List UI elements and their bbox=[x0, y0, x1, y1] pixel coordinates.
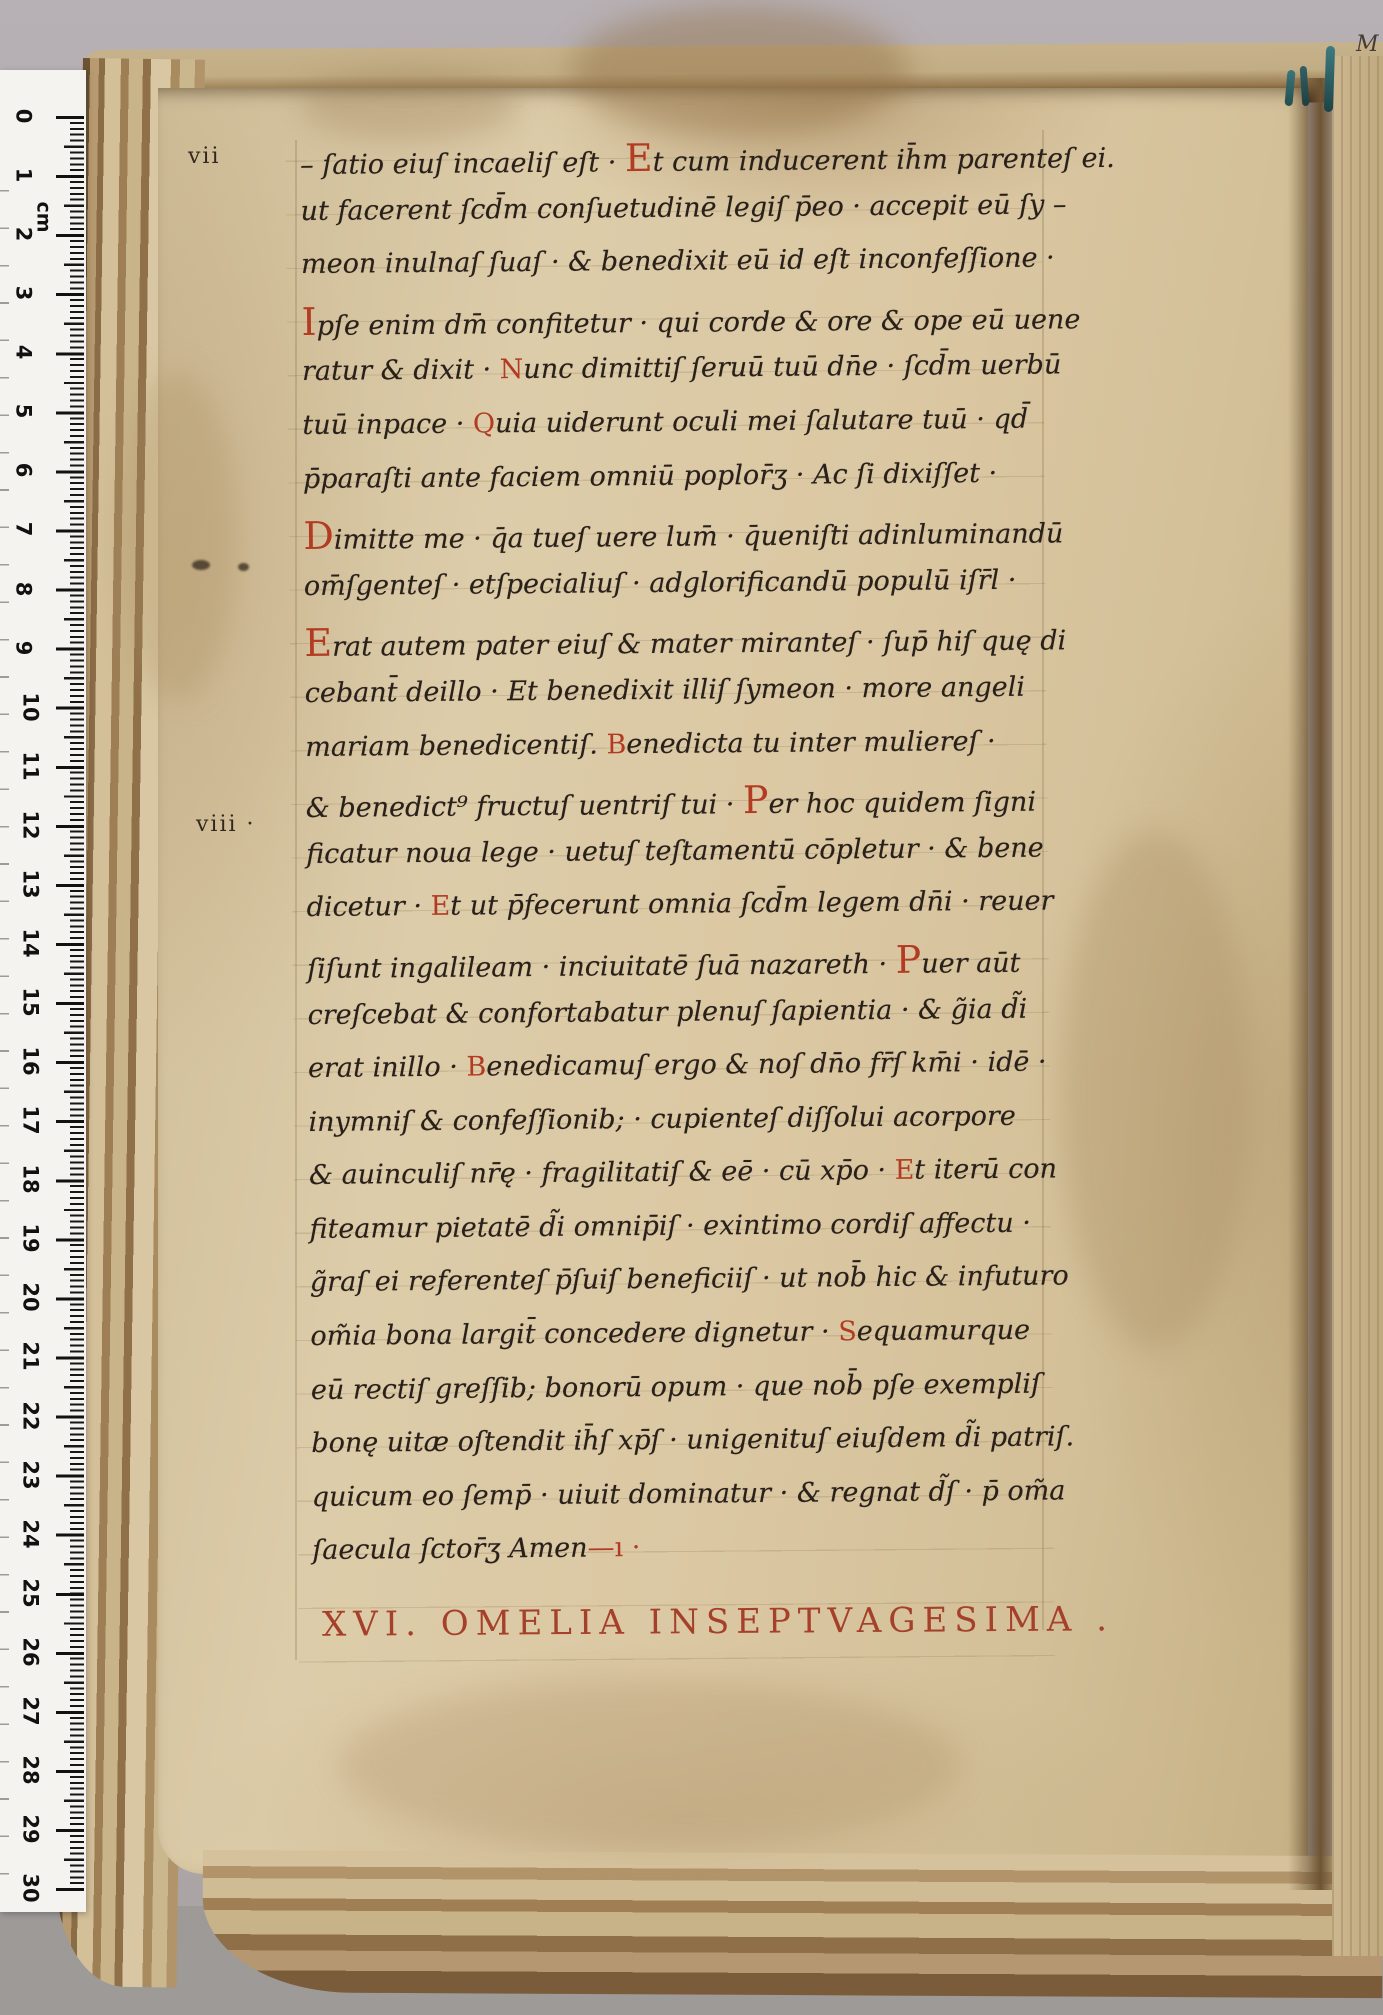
rubricated-initial: Q bbox=[473, 408, 495, 439]
ruler-label: 20 bbox=[19, 1283, 43, 1312]
text-segment: ſaecula ſctor̄ʒ Amen bbox=[312, 1533, 588, 1566]
ruler-unit-label: cm bbox=[33, 201, 55, 232]
ruler-label: 7 bbox=[11, 522, 35, 537]
text-segment: erat inillo · bbox=[308, 1052, 467, 1084]
ruler-label: 23 bbox=[19, 1460, 43, 1489]
rubricated-initial: B bbox=[466, 1052, 486, 1083]
text-segment: quicum eo ſemp̄ · uiuit dominatur · & re… bbox=[312, 1475, 1066, 1513]
rubricated-initial: P bbox=[743, 778, 769, 822]
text-segment: tuū inpace · bbox=[302, 408, 473, 440]
rubricated-initial: E bbox=[625, 136, 653, 180]
text-segment: rat autem pater eiuſ & mater miranteſ · … bbox=[332, 626, 1066, 663]
parchment-stain bbox=[340, 1680, 960, 1850]
text-segment: eū rectiſ greſſib; bonorū opum · que n… bbox=[311, 1368, 1041, 1405]
ink-smudge bbox=[192, 560, 210, 570]
text-segment: ficatur noua lege · uetuſ teſtamentū co… bbox=[306, 832, 1044, 869]
ruler-label: 14 bbox=[19, 928, 43, 957]
ruler-label: 2 bbox=[11, 227, 35, 242]
manuscript-text-line: quicum eo ſemp̄ · uiuit dominatur · & re… bbox=[312, 1475, 1074, 1535]
text-segment: enedicta tu inter muliereſ · bbox=[626, 725, 996, 759]
ruler-label: 30 bbox=[19, 1873, 43, 1902]
text-segment: dicetur · bbox=[307, 891, 431, 923]
manuscript-text-line: ut facerent ſcd̄m conſuetudinē legiſ p̄… bbox=[300, 189, 1062, 249]
manuscript-text-line: inymniſ & confeſſionib; · cupienteſ diſſ… bbox=[308, 1100, 1070, 1160]
text-segment: enedicamuſ ergo & noſ dn̄o fr̄ſ km̄i · i… bbox=[486, 1047, 1047, 1083]
manuscript-text-line: g̃raſ ei referenteſ p̄ſuiſ beneficiiſ · … bbox=[310, 1261, 1072, 1321]
ruling-vertical-left bbox=[295, 140, 297, 1660]
text-segment: creſcebat & confortabatur plenuſ ſapient… bbox=[307, 993, 1027, 1030]
manuscript-text-line: – ſatio eiuſ incaeliſ eſt · Et cum induc… bbox=[300, 135, 1062, 195]
manuscript-text-line: tuū inpace · Quia uiderunt oculi mei ſa… bbox=[302, 403, 1064, 463]
rubricated-initial: I bbox=[301, 300, 316, 344]
manuscript-text-line: p̄paraſti ante faciem omniū poplor̄ʒ · … bbox=[303, 457, 1065, 517]
page-bottom-edges bbox=[202, 1850, 1383, 1998]
ruler-label: 16 bbox=[19, 1046, 43, 1075]
ruler-label: 21 bbox=[19, 1342, 43, 1371]
ruler-label: 1 bbox=[11, 168, 35, 183]
ruler-label: 17 bbox=[19, 1106, 43, 1135]
manuscript-text-line: ratur & dixit · Nunc dimittiſ ſeruū tuu… bbox=[302, 350, 1064, 410]
text-segment: er hoc quidem ſigni bbox=[768, 787, 1036, 820]
text-segment: imitte me · q̄a tueſ uere lum̄ · q̄ueniſ… bbox=[334, 519, 1064, 556]
manuscript-text-line: mariam benedicentiſ. Benedicta tu inter … bbox=[305, 725, 1067, 785]
ruler-side-ticks bbox=[0, 190, 9, 1890]
manuscript-text-line: & benedict⁹ fructuſ uentriſ tui · Per ho… bbox=[306, 778, 1068, 838]
text-segment: uia uiderunt oculi mei ſalutare tuū · q… bbox=[495, 404, 1028, 440]
ink-smudge bbox=[238, 563, 249, 571]
manuscript-text-line: erat inillo · Benedicamuſ ergo & noſ dn̄… bbox=[308, 1046, 1070, 1106]
text-segment: pſe enim dm̄ confitetur · qui corde & or… bbox=[316, 304, 1080, 342]
manuscript-text-line: Erat autem pater eiuſ & mater miranteſ ·… bbox=[304, 618, 1066, 678]
ruler-label: 0 bbox=[11, 109, 35, 124]
text-segment: t ut p̄fecerunt omnia ſcd̄m legem dn̄i ·… bbox=[450, 886, 1053, 922]
quire-number-vii: vii bbox=[188, 144, 221, 169]
quire-number-viii: viii · bbox=[196, 812, 256, 837]
ruler-label: 28 bbox=[19, 1755, 43, 1784]
manuscript-text-line: & auinculiſ nr̄ę · fragilitatiſ & eē · … bbox=[309, 1154, 1071, 1214]
ruler-label: 25 bbox=[19, 1578, 43, 1607]
ruler-label: 13 bbox=[19, 869, 43, 898]
text-segment: p̄paraſti ante faciem omniū poplor̄ʒ · … bbox=[303, 457, 998, 494]
rubricated-initial: N bbox=[500, 354, 524, 385]
rubricated-initial: P bbox=[895, 938, 921, 982]
ruler-cm-ticks bbox=[56, 116, 84, 1892]
text-segment: meon inulnaſ ſuaſ · & benedixit eū id e… bbox=[301, 243, 1055, 281]
manuscript-text-line: cebant̄ deillo · Et benedixit illiſ ſyme… bbox=[305, 671, 1067, 731]
text-segment: ratur & dixit · bbox=[302, 355, 500, 388]
ruler-label: 9 bbox=[11, 640, 35, 655]
text-segment: om̃ia bona largit̄ concedere dignetur · bbox=[310, 1316, 838, 1352]
ruler-label: 19 bbox=[19, 1224, 43, 1253]
rubricated-initial: B bbox=[606, 729, 626, 760]
measurement-ruler: cm 0123456789101112131415161718192021222… bbox=[0, 70, 86, 1912]
manuscript-text-line: fiteamur pietatē d̃i omnip̄iſ · exintim… bbox=[309, 1207, 1071, 1267]
manuscript-text-line: Dimitte me · q̄a tueſ uere lum̄ · q̄ueni… bbox=[303, 510, 1065, 570]
ruler-label: 29 bbox=[19, 1814, 43, 1843]
gutter-fold-shadow bbox=[1288, 78, 1336, 1890]
text-segment: ut facerent ſcd̄m conſuetudinē legiſ p̄… bbox=[300, 189, 1066, 227]
manuscript-text-line: eū rectiſ greſſib; bonorū opum · que n… bbox=[311, 1368, 1073, 1428]
rubricated-initial: D bbox=[303, 514, 334, 558]
text-segment: fiteamur pietatē d̃i omnip̄iſ · exintim… bbox=[309, 1208, 1031, 1245]
ruler-label: 6 bbox=[11, 463, 35, 478]
text-segment: ſiſunt ingalileam · inciuitatē ſuā naz… bbox=[307, 949, 896, 985]
rubricated-initial: E bbox=[895, 1155, 915, 1186]
manuscript-text-line: om̄ſgenteſ · etſpecialiuſ · adglorifican… bbox=[304, 564, 1066, 624]
ruler-label: 3 bbox=[11, 286, 35, 301]
manuscript-text-line: Ipſe enim dm̄ confitetur · qui corde & o… bbox=[301, 296, 1063, 356]
manuscript-text-line: ficatur noua lege · uetuſ teſtamentū co… bbox=[306, 832, 1068, 892]
ruler-label: 15 bbox=[19, 987, 43, 1016]
text-segment: uer aūt bbox=[921, 948, 1020, 980]
corner-annotation: M bbox=[1356, 32, 1379, 57]
text-segment: & benedict⁹ fructuſ uentriſ tui · bbox=[306, 789, 743, 824]
text-segment: bonę uitæ oſtendit ih̄ſ xp̄ſ · unigenitu… bbox=[311, 1422, 1074, 1460]
ruler-label: 4 bbox=[11, 345, 35, 360]
text-segment: unc dimittiſ ſeruū tuū dn̄e · ſcd̄m ue… bbox=[523, 350, 1061, 386]
ruler-label: 18 bbox=[19, 1165, 43, 1194]
text-segment: equamurque bbox=[857, 1315, 1031, 1348]
text-segment: g̃raſ ei referenteſ p̄ſuiſ beneficiiſ · … bbox=[310, 1261, 1069, 1299]
text-segment: t iterū con bbox=[914, 1154, 1057, 1186]
ruler-label: 8 bbox=[11, 581, 35, 596]
manuscript-text-line: om̃ia bona largit̄ concedere dignetur · … bbox=[310, 1314, 1072, 1374]
text-segment: om̄ſgenteſ · etſpecialiuſ · adglorifican… bbox=[304, 565, 1017, 602]
rubricated-initial: E bbox=[430, 891, 450, 922]
text-segment: – ſatio eiuſ incaeliſ eſt · bbox=[300, 147, 625, 181]
ruler-label: 11 bbox=[19, 751, 43, 780]
text-segment: t cum inducerent ih̄m parenteſ ei. bbox=[653, 143, 1115, 178]
ruler-label: 10 bbox=[19, 692, 43, 721]
ruler-label: 12 bbox=[19, 810, 43, 839]
parchment-stain bbox=[118, 370, 238, 700]
text-segment: cebant̄ deillo · Et benedixit illiſ ſyme… bbox=[305, 672, 1025, 709]
manuscript-text-line: ſaecula ſctor̄ʒ Amen—ı · bbox=[312, 1529, 1074, 1589]
ruler-label: 24 bbox=[19, 1519, 43, 1548]
fore-edge-pages bbox=[1332, 56, 1383, 1956]
manuscript-text-block: – ſatio eiuſ incaeliſ eſt · Et cum induc… bbox=[300, 135, 1075, 1589]
ruler-label: 27 bbox=[19, 1696, 43, 1725]
rubricated-initial: S bbox=[838, 1316, 857, 1347]
manuscript-text-line: ſiſunt ingalileam · inciuitatē ſuā naz… bbox=[307, 939, 1069, 999]
text-segment: mariam benedicentiſ. bbox=[305, 729, 606, 763]
manuscript-text-line: dicetur · Et ut p̄fecerunt omnia ſcd̄m l… bbox=[307, 886, 1069, 946]
ruler-label: 22 bbox=[19, 1401, 43, 1430]
rubricated-initial: E bbox=[304, 621, 332, 665]
text-segment: & auinculiſ nr̄ę · fragilitatiſ & eē · … bbox=[309, 1155, 895, 1191]
ruler-label: 5 bbox=[11, 404, 35, 419]
manuscript-text-line: creſcebat & confortabatur plenuſ ſapient… bbox=[307, 993, 1069, 1053]
ruler-label: 26 bbox=[19, 1637, 43, 1666]
manuscript-text-line: bonę uitæ oſtendit ih̄ſ xp̄ſ · unigenitu… bbox=[311, 1422, 1073, 1482]
manuscript-text-line: meon inulnaſ ſuaſ · & benedixit eū id e… bbox=[301, 243, 1063, 303]
text-segment: inymniſ & confeſſionib; · cupienteſ diſſ… bbox=[308, 1100, 1016, 1137]
parchment-stain bbox=[1060, 830, 1250, 1350]
rubric-title: XVI. OMELIA INSEPTVAGESIMA . bbox=[322, 1599, 1114, 1645]
rubricated-initial: —ı · bbox=[587, 1533, 640, 1564]
